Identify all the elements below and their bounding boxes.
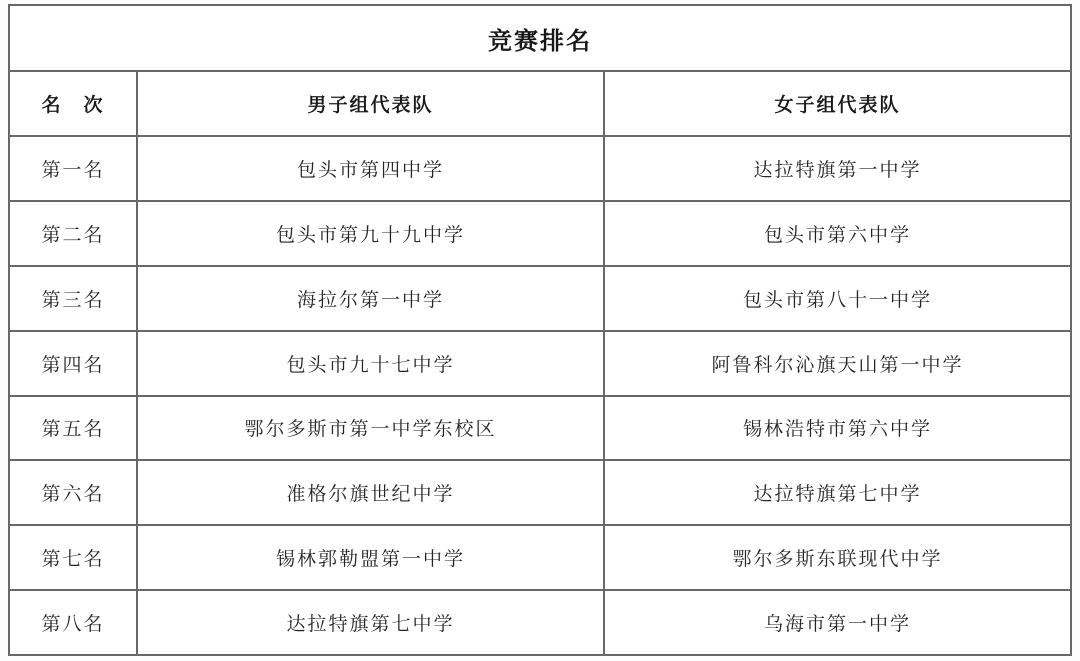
women-team-cell: 包头市第六中学 bbox=[603, 202, 1070, 265]
rank-cell: 第八名 bbox=[10, 591, 136, 654]
men-team-cell: 鄂尔多斯市第一中学东校区 bbox=[136, 397, 603, 460]
table-row: 第八名 达拉特旗第七中学 乌海市第一中学 bbox=[10, 589, 1070, 654]
women-team-cell: 阿鲁科尔沁旗天山第一中学 bbox=[603, 332, 1070, 395]
header-rank: 名 次 bbox=[10, 72, 136, 135]
rank-cell: 第二名 bbox=[10, 202, 136, 265]
header-men-team: 男子组代表队 bbox=[136, 72, 603, 135]
men-team-cell: 达拉特旗第七中学 bbox=[136, 591, 603, 654]
rank-cell: 第一名 bbox=[10, 137, 136, 200]
women-team-cell: 鄂尔多斯东联现代中学 bbox=[603, 526, 1070, 589]
women-team-cell: 达拉特旗第七中学 bbox=[603, 461, 1070, 524]
men-team-cell: 海拉尔第一中学 bbox=[136, 267, 603, 330]
men-team-cell: 准格尔旗世纪中学 bbox=[136, 461, 603, 524]
rank-cell: 第三名 bbox=[10, 267, 136, 330]
women-team-cell: 乌海市第一中学 bbox=[603, 591, 1070, 654]
table-row: 第一名 包头市第四中学 达拉特旗第一中学 bbox=[10, 135, 1070, 200]
table-title: 竞赛排名 bbox=[488, 21, 592, 56]
table-row: 第二名 包头市第九十九中学 包头市第六中学 bbox=[10, 200, 1070, 265]
men-team-cell: 包头市九十七中学 bbox=[136, 332, 603, 395]
competition-ranking-table: 竞赛排名 名 次 男子组代表队 女子组代表队 第一名 包头市第四中学 达拉特旗第… bbox=[8, 4, 1072, 656]
women-team-cell: 包头市第八十一中学 bbox=[603, 267, 1070, 330]
table-row: 第五名 鄂尔多斯市第一中学东校区 锡林浩特市第六中学 bbox=[10, 395, 1070, 460]
men-team-cell: 包头市第九十九中学 bbox=[136, 202, 603, 265]
rank-cell: 第六名 bbox=[10, 461, 136, 524]
table-row: 第四名 包头市九十七中学 阿鲁科尔沁旗天山第一中学 bbox=[10, 330, 1070, 395]
rank-cell: 第七名 bbox=[10, 526, 136, 589]
table-row: 第六名 准格尔旗世纪中学 达拉特旗第七中学 bbox=[10, 459, 1070, 524]
women-team-cell: 达拉特旗第一中学 bbox=[603, 137, 1070, 200]
table-row: 第三名 海拉尔第一中学 包头市第八十一中学 bbox=[10, 265, 1070, 330]
table-title-row: 竞赛排名 bbox=[10, 6, 1070, 70]
table-row: 第七名 锡林郭勒盟第一中学 鄂尔多斯东联现代中学 bbox=[10, 524, 1070, 589]
rank-cell: 第四名 bbox=[10, 332, 136, 395]
men-team-cell: 包头市第四中学 bbox=[136, 137, 603, 200]
table-header-row: 名 次 男子组代表队 女子组代表队 bbox=[10, 70, 1070, 135]
header-women-team: 女子组代表队 bbox=[603, 72, 1070, 135]
women-team-cell: 锡林浩特市第六中学 bbox=[603, 397, 1070, 460]
rank-cell: 第五名 bbox=[10, 397, 136, 460]
men-team-cell: 锡林郭勒盟第一中学 bbox=[136, 526, 603, 589]
document-page: 竞赛排名 名 次 男子组代表队 女子组代表队 第一名 包头市第四中学 达拉特旗第… bbox=[0, 0, 1080, 661]
